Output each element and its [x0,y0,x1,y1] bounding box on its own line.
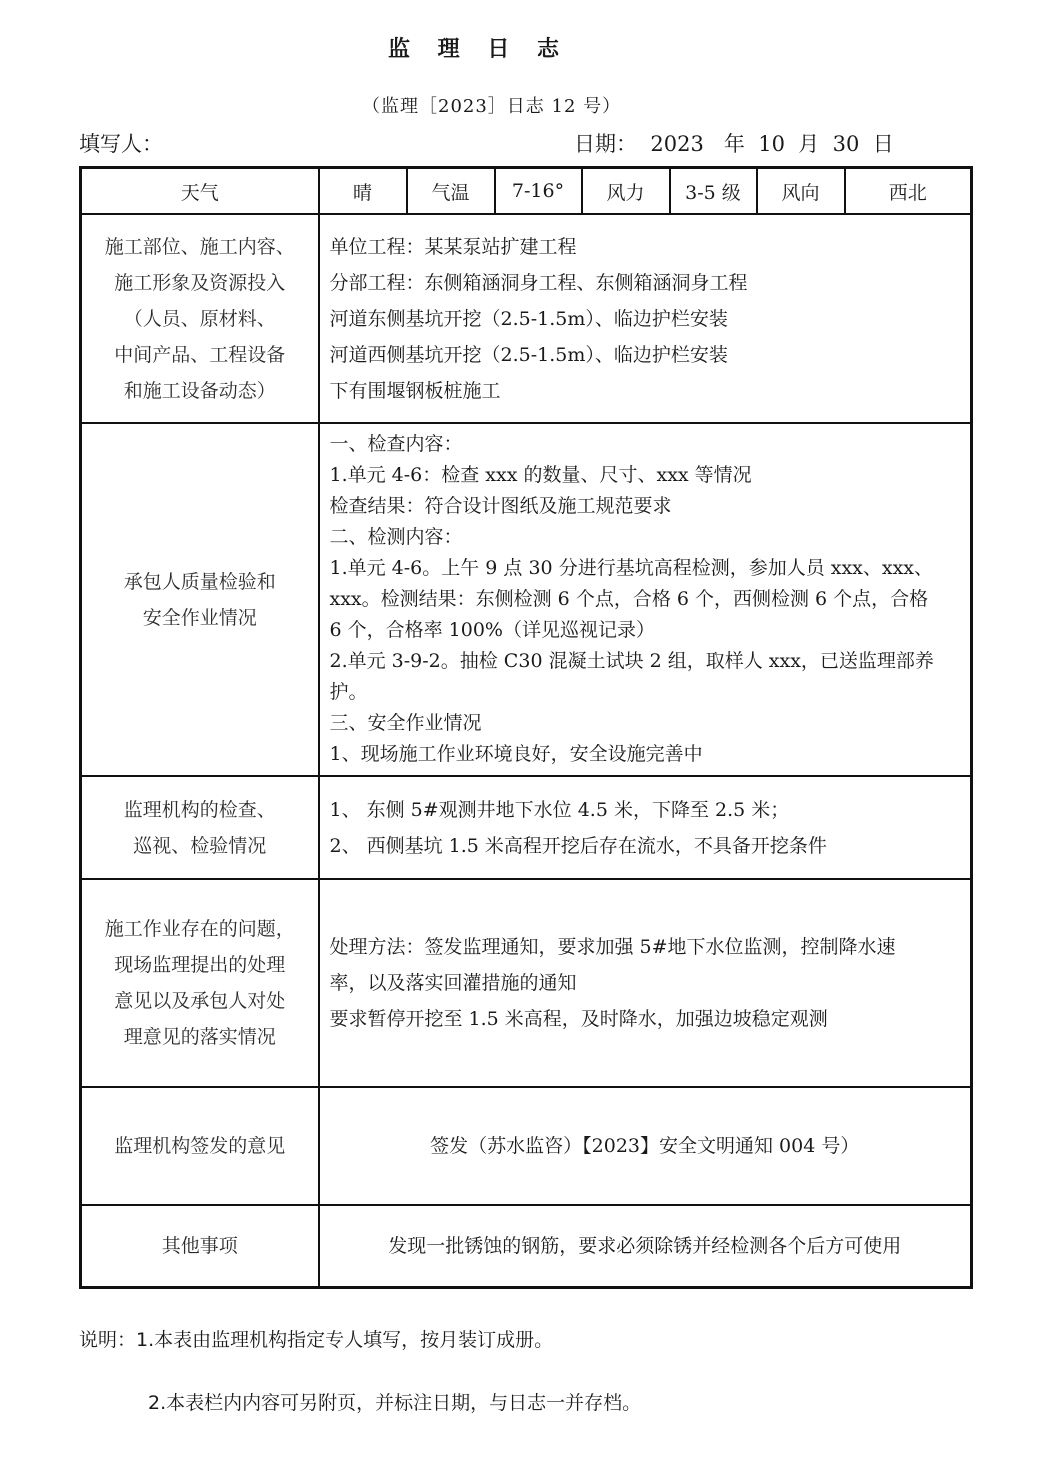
label-line: 安全作业情况 [82,600,318,636]
label-line: （人员、原材料、 [82,301,318,337]
row-content: 1、 东侧 5#观测井地下水位 4.5 米，下降至 2.5 米； 2、 西侧基坑… [319,776,972,879]
supervision-log-table: 天气 晴 气温 7-16° 风力 3-5 级 风向 西北 施工部位、施工内容、 … [79,166,973,1289]
content-line: 率，以及落实回灌措施的通知 [330,965,961,1001]
label-line: 其他事项 [82,1228,318,1264]
content-line: 1、现场施工作业环境良好，安全设施完善中 [330,739,961,770]
content-line: 2、 西侧基坑 1.5 米高程开挖后存在流水，不具备开挖条件 [330,828,961,864]
label-line: 施工部位、施工内容、 [82,229,318,265]
wind-force-label: 风力 [582,168,670,215]
weather-value: 晴 [319,168,407,215]
label-line: 现场监理提出的处理 [82,947,318,983]
label-line: 施工作业存在的问题， [82,911,318,947]
content-line: 发现一批锈蚀的钢筋，要求必须除锈并经检测各个后方可使用 [330,1228,961,1264]
weather-row: 天气 晴 气温 7-16° 风力 3-5 级 风向 西北 [81,168,972,215]
row-content: 处理方法：签发监理通知，要求加强 5#地下水位监测，控制降水速 率，以及落实回灌… [319,879,972,1087]
content-line: 处理方法：签发监理通知，要求加强 5#地下水位监测，控制降水速 [330,929,961,965]
row-content: 签发（苏水监咨）【2023】安全文明通知 004 号） [319,1087,972,1205]
table-row-supervision-inspection: 监理机构的检查、 巡视、检验情况 1、 东侧 5#观测井地下水位 4.5 米，下… [81,776,972,879]
label-line: 理意见的落实情况 [82,1019,318,1055]
row-label: 施工作业存在的问题， 现场监理提出的处理 意见以及承包人对处 理意见的落实情况 [81,879,319,1087]
table-row-other-matters: 其他事项 发现一批锈蚀的钢筋，要求必须除锈并经检测各个后方可使用 [81,1205,972,1287]
label-line: 中间产品、工程设备 [82,337,318,373]
content-line: 一、检查内容： [330,429,961,460]
label-line: 监理机构的检查、 [82,792,318,828]
temperature-label: 气温 [407,168,495,215]
row-label: 监理机构的检查、 巡视、检验情况 [81,776,319,879]
content-line: 河道东侧基坑开挖（2.5-1.5m）、临边护栏安装 [330,301,961,337]
wind-direction-label: 风向 [757,168,845,215]
content-line: 河道西侧基坑开挖（2.5-1.5m）、临边护栏安装 [330,337,961,373]
label-line: 意见以及承包人对处 [82,983,318,1019]
table-row-quality-safety: 承包人质量检验和 安全作业情况 一、检查内容： 1.单元 4-6：检查 xxx … [81,423,972,776]
content-line: 检查结果：符合设计图纸及施工规范要求 [330,491,961,522]
temperature-value: 7-16° [495,168,582,215]
day-unit: 日 [873,132,894,156]
content-line: 护。 [330,677,961,708]
label-line: 和施工设备动态） [82,373,318,409]
content-line: xxx。检测结果：东侧检测 6 个点，合格 6 个，西侧检测 6 个点，合格 [330,584,961,615]
row-content: 一、检查内容： 1.单元 4-6：检查 xxx 的数量、尺寸、xxx 等情况 检… [319,423,972,776]
table-row-construction: 施工部位、施工内容、 施工形象及资源投入 （人员、原材料、 中间产品、工程设备 … [81,214,972,423]
label-line: 巡视、检验情况 [82,828,318,864]
wind-direction-value: 西北 [845,168,972,215]
row-label: 其他事项 [81,1205,319,1287]
row-label: 监理机构签发的意见 [81,1087,319,1205]
content-line: 单位工程：某某泵站扩建工程 [330,229,961,265]
row-content: 发现一批锈蚀的钢筋，要求必须除锈并经检测各个后方可使用 [319,1205,972,1287]
wind-force-value: 3-5 级 [670,168,757,215]
filler-label: 填写人： [79,128,163,158]
content-line: 二、检测内容： [330,522,961,553]
content-line: 1.单元 4-6。上午 9 点 30 分进行基坑高程检测，参加人员 xxx、xx… [330,553,961,584]
content-line: 签发（苏水监咨）【2023】安全文明通知 004 号） [330,1128,961,1164]
document-number: （监理［2023］日志 12 号） [362,92,621,118]
weather-label: 天气 [81,168,319,215]
content-line: 三、安全作业情况 [330,708,961,739]
table-row-issues: 施工作业存在的问题， 现场监理提出的处理 意见以及承包人对处 理意见的落实情况 … [81,879,972,1087]
date-line: 日期： 2023 年 10 月 30 日 [574,128,894,158]
date-day: 30 [833,132,860,156]
date-label: 日期： [574,132,637,156]
label-line: 承包人质量检验和 [82,564,318,600]
year-unit: 年 [724,132,745,156]
content-line: 下有围堰钢板桩施工 [330,373,961,409]
row-content: 单位工程：某某泵站扩建工程 分部工程：东侧箱涵洞身工程、东侧箱涵洞身工程 河道东… [319,214,972,423]
note-line-1: 说明：1.本表由监理机构指定专人填写，按月装订成册。 [79,1325,553,1352]
date-year: 2023 [650,132,703,156]
row-label: 承包人质量检验和 安全作业情况 [81,423,319,776]
label-line: 施工形象及资源投入 [82,265,318,301]
content-line: 6 个，合格率 100%（详见巡视记录） [330,615,961,646]
row-label: 施工部位、施工内容、 施工形象及资源投入 （人员、原材料、 中间产品、工程设备 … [81,214,319,423]
content-line: 1.单元 4-6：检查 xxx 的数量、尺寸、xxx 等情况 [330,460,961,491]
date-month: 10 [758,132,785,156]
table-row-supervision-opinion: 监理机构签发的意见 签发（苏水监咨）【2023】安全文明通知 004 号） [81,1087,972,1205]
note-line-2: 2.本表栏内内容可另附页，并标注日期，与日志一并存档。 [148,1388,641,1415]
label-line: 监理机构签发的意见 [82,1128,318,1164]
content-line: 分部工程：东侧箱涵洞身工程、东侧箱涵洞身工程 [330,265,961,301]
month-unit: 月 [798,132,819,156]
content-line: 1、 东侧 5#观测井地下水位 4.5 米，下降至 2.5 米； [330,792,961,828]
content-line: 2.单元 3-9-2。抽检 C30 混凝土试块 2 组，取样人 xxx，已送监理… [330,646,961,677]
content-line: 要求暂停开挖至 1.5 米高程，及时降水，加强边坡稳定观测 [330,1001,961,1037]
page-title: 监 理 日 志 [0,32,1037,63]
